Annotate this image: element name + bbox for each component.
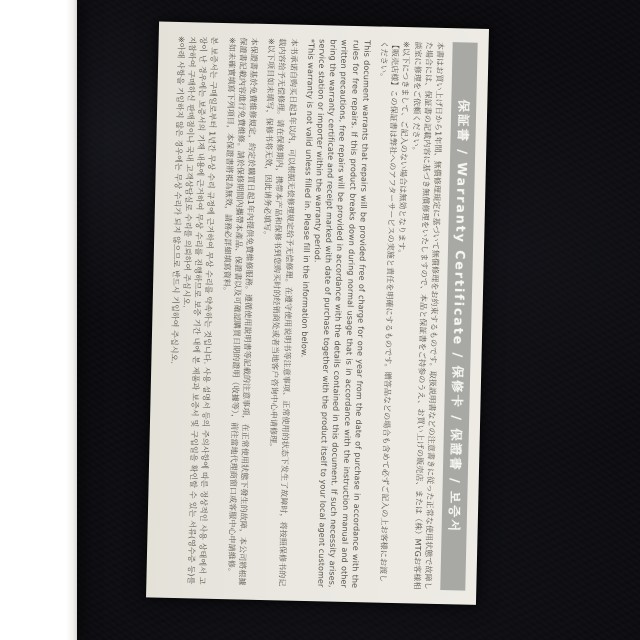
warranty-section-english: This document warrants that repairs will…	[293, 39, 373, 588]
photo-background: 保証書 / Warranty Certificate / 保修卡 / 保證書 /…	[0, 0, 640, 640]
warranty-section-traditional-chinese: 本保證書基於免費維修規定，約定於購買日起1年內提供免費維修服務。遵循使用說明書等…	[214, 37, 260, 586]
white-surface-edge	[0, 0, 77, 640]
warranty-section-japanese: 本書はお買い上げ日から1年間、無償修理規定に基づいて無償修理をお約束するものです…	[366, 40, 446, 589]
warranty-card: 保証書 / Warranty Certificate / 保修卡 / 保證書 /…	[146, 22, 489, 605]
warranty-section-simplified-chinese: 本书承诺自购买日起1年以内，可以根据无偿修理规定给予无偿修理。在遵守使用说明书等…	[253, 38, 299, 587]
warranty-card-title: 保証書 / Warranty Certificate / 保修卡 / 保證書 /…	[440, 42, 477, 590]
warranty-section-korean: 본 보증서는 구매일로부터 1년간 무상 수리 규정에 근거하여 무상 수리를 …	[163, 36, 220, 585]
